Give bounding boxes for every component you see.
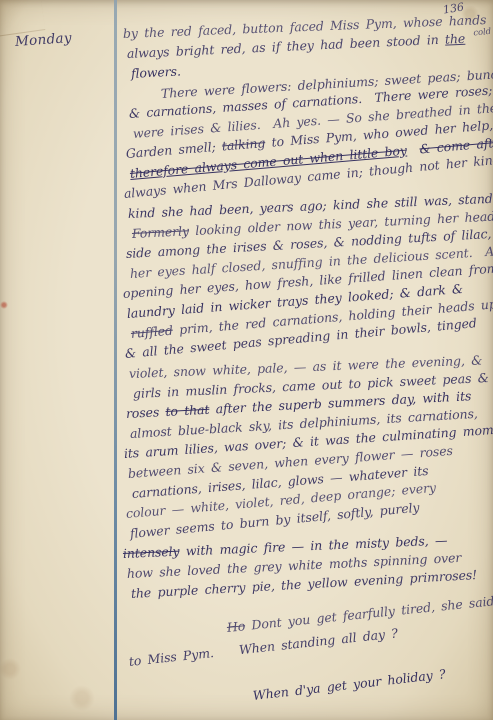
handwritten-text: When d'ya get your holiday ? bbox=[252, 666, 446, 703]
manuscript-line: to Miss Pym. When standing all day ? bbox=[128, 627, 398, 668]
struck-text: talking bbox=[222, 135, 266, 153]
struck-text: intensely bbox=[123, 544, 180, 561]
manuscript-line: When d'ya get your holiday ? bbox=[252, 668, 446, 702]
struck-text: Ho bbox=[226, 618, 246, 635]
struck-text: to that bbox=[166, 402, 211, 419]
handwritten-text: the bbox=[445, 31, 466, 47]
handwritten-text: to Miss Pym. When standing all day ? bbox=[128, 625, 398, 669]
handwritten-text: Garden smell; bbox=[126, 139, 223, 161]
handwritten-text: flowers. bbox=[131, 63, 182, 81]
manuscript: by the red faced, button faced Miss Pym,… bbox=[128, 20, 493, 720]
manuscript-page: Monday 136 by the red faced, button face… bbox=[0, 0, 493, 720]
inserted-text: cold wate bbox=[473, 25, 493, 38]
handwritten-text: roses bbox=[126, 404, 166, 421]
margin-rule-line bbox=[114, 0, 117, 720]
handwritten-text: Dont you get fearfully tired, she said bbox=[244, 593, 493, 633]
manuscript-line: flowers. bbox=[131, 65, 181, 80]
margin-note-day: Monday bbox=[15, 30, 73, 50]
struck-text: ruffled bbox=[131, 323, 174, 341]
handwritten-text bbox=[465, 30, 472, 45]
struck-text: Formerly bbox=[132, 223, 190, 241]
